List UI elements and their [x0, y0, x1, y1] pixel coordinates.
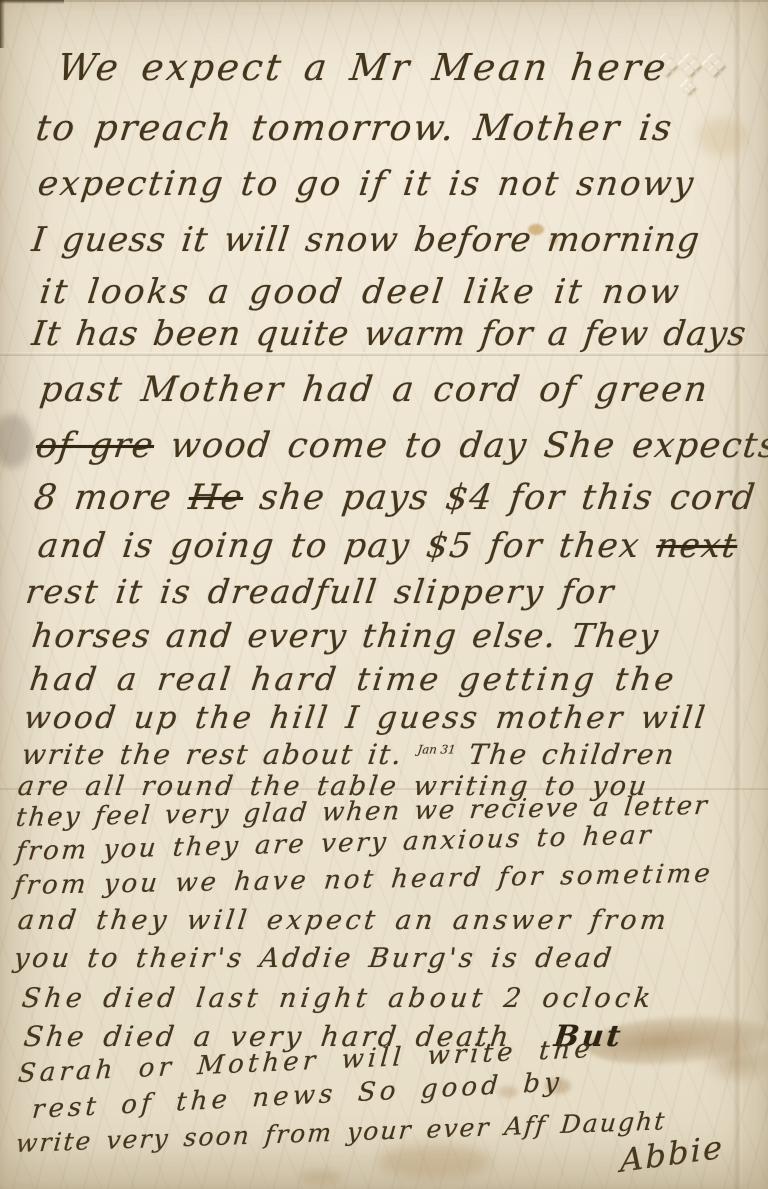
struck-word: He	[186, 478, 245, 518]
letter-text: I guess it will snow before morning	[30, 220, 703, 260]
letter-line: from you we have not heard for sometime	[13, 860, 715, 900]
letter-text: 8 more	[32, 478, 192, 518]
letter-line: and is going to pay $5 for thex next	[36, 528, 740, 565]
letter-line: I guess it will snow before morning	[30, 222, 702, 259]
inline-date-note: Jan 31	[417, 743, 457, 757]
letter-text: expecting to go if it is not snowy	[36, 164, 698, 204]
letter-text: from you we have not heard for sometime	[12, 859, 714, 901]
letter-line: wood up the hill I guess mother will	[22, 702, 709, 735]
letter-text: horses and every thing else. They	[30, 616, 662, 655]
letter-line: had a real hard time getting the	[28, 662, 679, 697]
letter-text: rest it is dreadfull slippery for	[24, 572, 618, 611]
letter-text: She died last night about 2 oclock	[20, 983, 656, 1014]
letter-text: to preach tomorrow. Mother is	[34, 108, 676, 149]
paper-stain	[378, 1144, 490, 1178]
letter-text: and they will expect an answer from	[16, 905, 671, 936]
paper-stain	[0, 414, 32, 468]
paper-stain	[300, 1170, 342, 1184]
letter-line: and they will expect an answer from	[16, 906, 671, 935]
letter-line: it looks a good deel like it now	[38, 274, 684, 311]
letter-text: The children	[453, 738, 678, 771]
letter-text: It has been quite warm for a few days	[30, 314, 749, 354]
letter-text: she pays $4 for this cord	[241, 478, 759, 518]
letter-line: horses and every thing else. They	[30, 618, 662, 654]
fold-crease-vertical-right	[733, 0, 742, 1189]
struck-word: next	[654, 526, 740, 566]
letter-line: 8 more He she pays $4 for this cord	[32, 480, 758, 518]
signature: Abbie	[620, 1130, 725, 1179]
letter-line: We expect a Mr Mean here	[56, 48, 671, 88]
scan-edge-left	[0, 0, 5, 48]
letter-line: to preach tomorrow. Mother is	[34, 110, 676, 149]
letter-line: expecting to go if it is not snowy	[36, 166, 697, 203]
letter-text: wood up the hill I guess mother will	[22, 700, 710, 736]
letter-line: of gre wood come to day She expects	[34, 428, 768, 466]
letter-line: rest it is dreadfull slippery for	[24, 574, 618, 610]
letter-line: you to their's Addie Burg's is dead	[12, 944, 616, 973]
ink-smudge	[702, 1040, 768, 1084]
letter-line: She died last night about 2 oclock	[20, 984, 656, 1013]
scan-edge-top-line	[0, 0, 768, 2]
struck-word: of gre	[34, 426, 157, 466]
letter-line: It has been quite warm for a few days	[30, 316, 749, 353]
scan-edge-top	[0, 0, 64, 4]
letter-text: you to their's Addie Burg's is dead	[12, 943, 616, 974]
letter-text: had a real hard time getting the	[28, 660, 679, 698]
letter-text: wood come to day She expects	[152, 426, 768, 466]
letter-text: and is going to pay $5 for thex	[36, 526, 659, 566]
letter-text: write the rest about it.	[20, 738, 419, 771]
letter-line: past Mother had a cord of green	[38, 372, 711, 410]
letter-line: write the rest about it. Jan 31 The chil…	[20, 740, 677, 770]
letter-text: We expect a Mr Mean here	[55, 46, 671, 89]
letter-page: ❖❖❖ ❖ We expect a Mr Mean hereto preach …	[0, 0, 768, 1189]
letter-text: it looks a good deel like it now	[38, 272, 684, 312]
letter-text: past Mother had a cord of green	[38, 370, 712, 410]
